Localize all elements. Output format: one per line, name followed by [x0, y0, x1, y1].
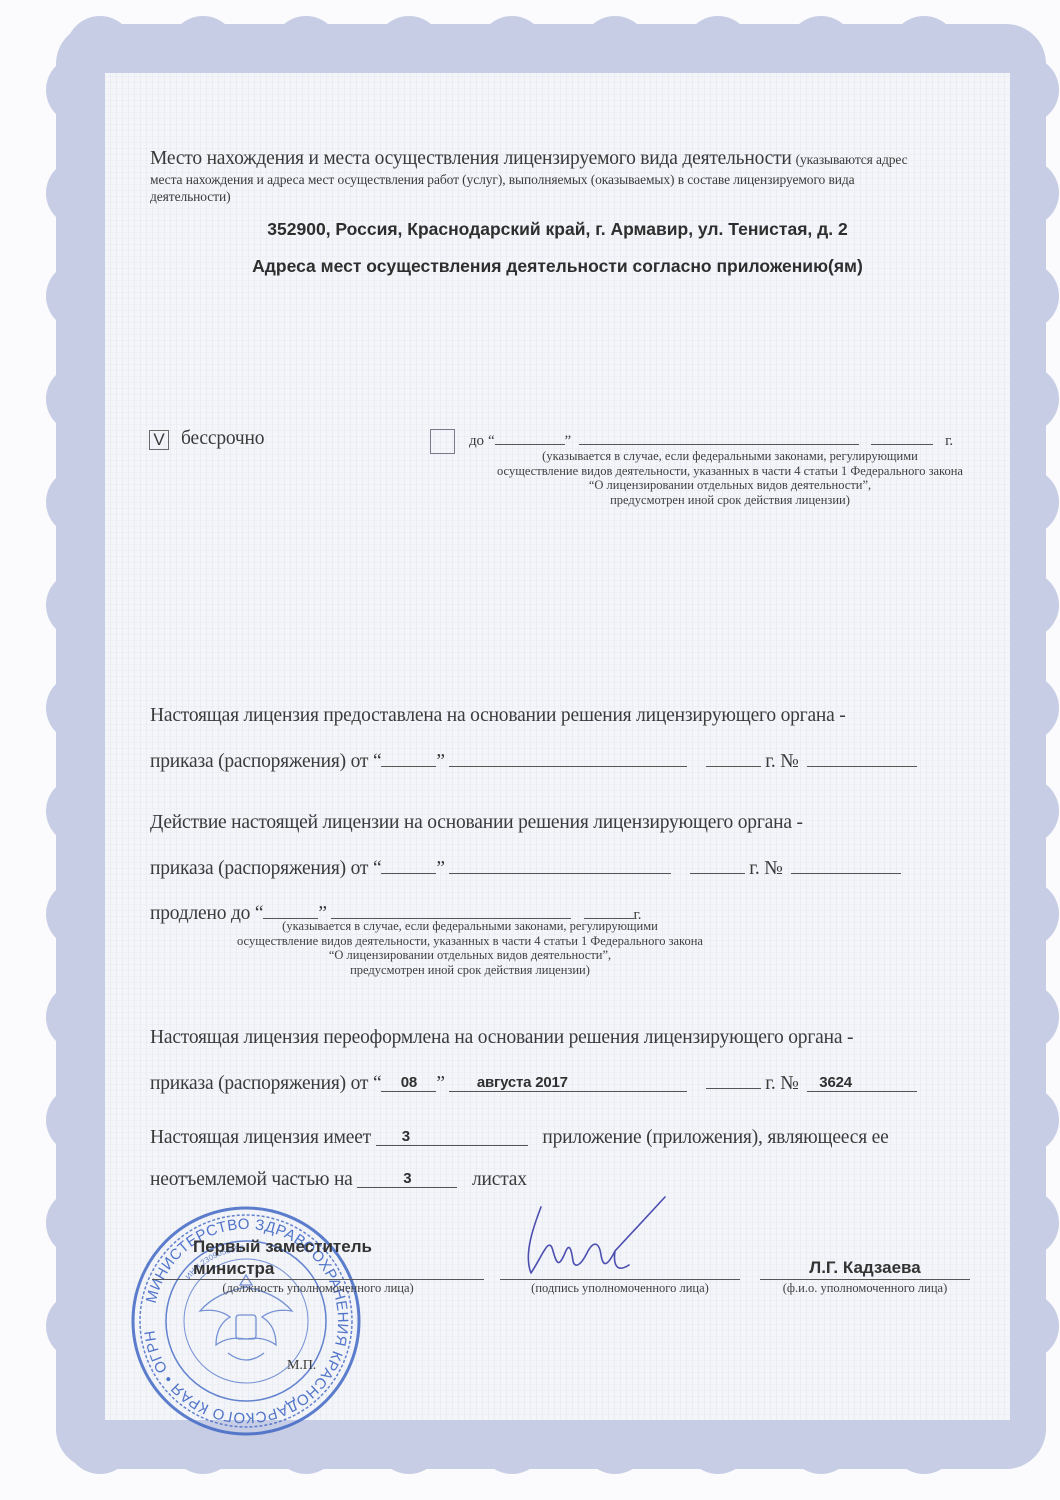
extended-note: (указывается в случае, если федеральными… — [190, 919, 750, 977]
until-year-suffix: г. — [945, 433, 953, 449]
note-line: осуществление видов деятельности, указан… — [450, 464, 1010, 479]
until-month-field[interactable] — [579, 426, 859, 445]
granted-year-field[interactable] — [706, 748, 761, 767]
granted-year-suffix: г. № — [765, 751, 798, 772]
position-line: Первый заместитель — [193, 1236, 372, 1258]
addresses-per-appendix: Адреса мест осуществления деятельности с… — [105, 256, 1010, 277]
position-line: министра — [193, 1258, 372, 1280]
integral-label: неотъемлемой частью на — [150, 1169, 353, 1190]
extended-until-month-field[interactable] — [331, 900, 571, 919]
validity-unlimited: V бессрочно — [149, 428, 264, 450]
reissued-year-field[interactable] — [706, 1070, 761, 1089]
address: 352900, Россия, Краснодарский край, г. А… — [105, 219, 1010, 240]
extended-order-row: приказа (распоряжения) от “” г. № — [150, 855, 901, 880]
granted-order-label: приказа (распоряжения) от — [150, 751, 368, 772]
signature-caption: (подпись уполномоченного лица) — [500, 1281, 740, 1296]
extended-number-field[interactable] — [791, 855, 901, 874]
position-line-rule — [152, 1279, 484, 1280]
unlimited-label: бессрочно — [181, 428, 264, 449]
until-day-field[interactable] — [495, 426, 565, 445]
name-caption: (ф.и.о. уполномоченного лица) — [760, 1281, 970, 1296]
note-line: “О лицензировании отдельных видов деятел… — [190, 948, 750, 963]
appendix-row: Настоящая лицензия имеет 3 приложение (п… — [150, 1127, 889, 1149]
location-note-line3: деятельности) — [150, 188, 980, 205]
extended-year-field[interactable] — [690, 855, 745, 874]
location-section: Место нахождения и места осуществления л… — [150, 148, 980, 205]
extended-line: Действие настоящей лицензии на основании… — [150, 812, 803, 834]
handwritten-signature-icon — [505, 1195, 705, 1290]
signatory-position: Первый заместитель министра — [193, 1236, 372, 1280]
sheets-row: неотъемлемой частью на 3 листах — [150, 1169, 527, 1191]
extended-order-label: приказа (распоряжения) от — [150, 858, 368, 879]
reissued-line: Настоящая лицензия переоформлена на осно… — [150, 1027, 853, 1049]
appendix-label: приложение (приложения), являющееся ее — [542, 1127, 888, 1148]
granted-line: Настоящая лицензия предоставлена на осно… — [150, 705, 846, 727]
location-note-line2: места нахождения и адреса мест осуществл… — [150, 171, 980, 188]
note-line: “О лицензировании отдельных видов деятел… — [450, 478, 1010, 493]
reissued-order-label: приказа (распоряжения) от — [150, 1073, 368, 1094]
reissued-day[interactable]: 08 — [401, 1074, 417, 1091]
extended-year-suffix: г. № — [749, 858, 782, 879]
extended-until-year-field[interactable] — [584, 900, 634, 919]
granted-number-field[interactable] — [807, 748, 917, 767]
extended-day-field[interactable] — [381, 855, 436, 874]
sheets-label: листах — [472, 1169, 527, 1190]
location-heading: Место нахождения и места осуществления л… — [150, 148, 792, 169]
location-note-inline: (указываются адрес — [796, 152, 908, 167]
granted-month-field[interactable] — [449, 748, 687, 767]
appendix-has-label: Настоящая лицензия имеет — [150, 1127, 371, 1148]
until-year-field[interactable] — [871, 426, 933, 445]
name-line-rule — [760, 1279, 970, 1280]
granted-order-row: приказа (распоряжения) от “” г. № — [150, 748, 917, 773]
until-label: до — [469, 433, 484, 449]
sheets-count[interactable]: 3 — [403, 1170, 411, 1187]
reissued-number[interactable]: 3624 — [819, 1074, 852, 1091]
reissued-order-row: приказа (распоряжения) от “08”августа 20… — [150, 1070, 917, 1095]
signature-line-rule — [500, 1279, 740, 1280]
note-line: предусмотрен иной срок действия лицензии… — [190, 963, 750, 978]
position-caption: (должность уполномоченного лица) — [152, 1281, 484, 1296]
granted-day-field[interactable] — [381, 748, 436, 767]
appendix-count[interactable]: 3 — [402, 1128, 410, 1145]
unlimited-checkbox[interactable]: V — [149, 430, 169, 450]
extended-month-field[interactable] — [449, 855, 671, 874]
note-line: (указывается в случае, если федеральными… — [450, 449, 1010, 464]
close-quote: ” — [565, 433, 572, 449]
reissued-month-year[interactable]: августа 2017 — [477, 1074, 568, 1091]
seal-place-label: М.П. — [287, 1358, 316, 1374]
note-line: осуществление видов деятельности, указан… — [190, 934, 750, 949]
note-line: предусмотрен иной срок действия лицензии… — [450, 493, 1010, 508]
reissued-year-suffix: г. № — [765, 1073, 798, 1094]
extended-until-day-field[interactable] — [263, 900, 318, 919]
validity-note: (указывается в случае, если федеральными… — [450, 449, 1010, 507]
note-line: (указывается в случае, если федеральными… — [190, 919, 750, 934]
signatory-name: Л.Г. Кадзаева — [760, 1258, 970, 1278]
